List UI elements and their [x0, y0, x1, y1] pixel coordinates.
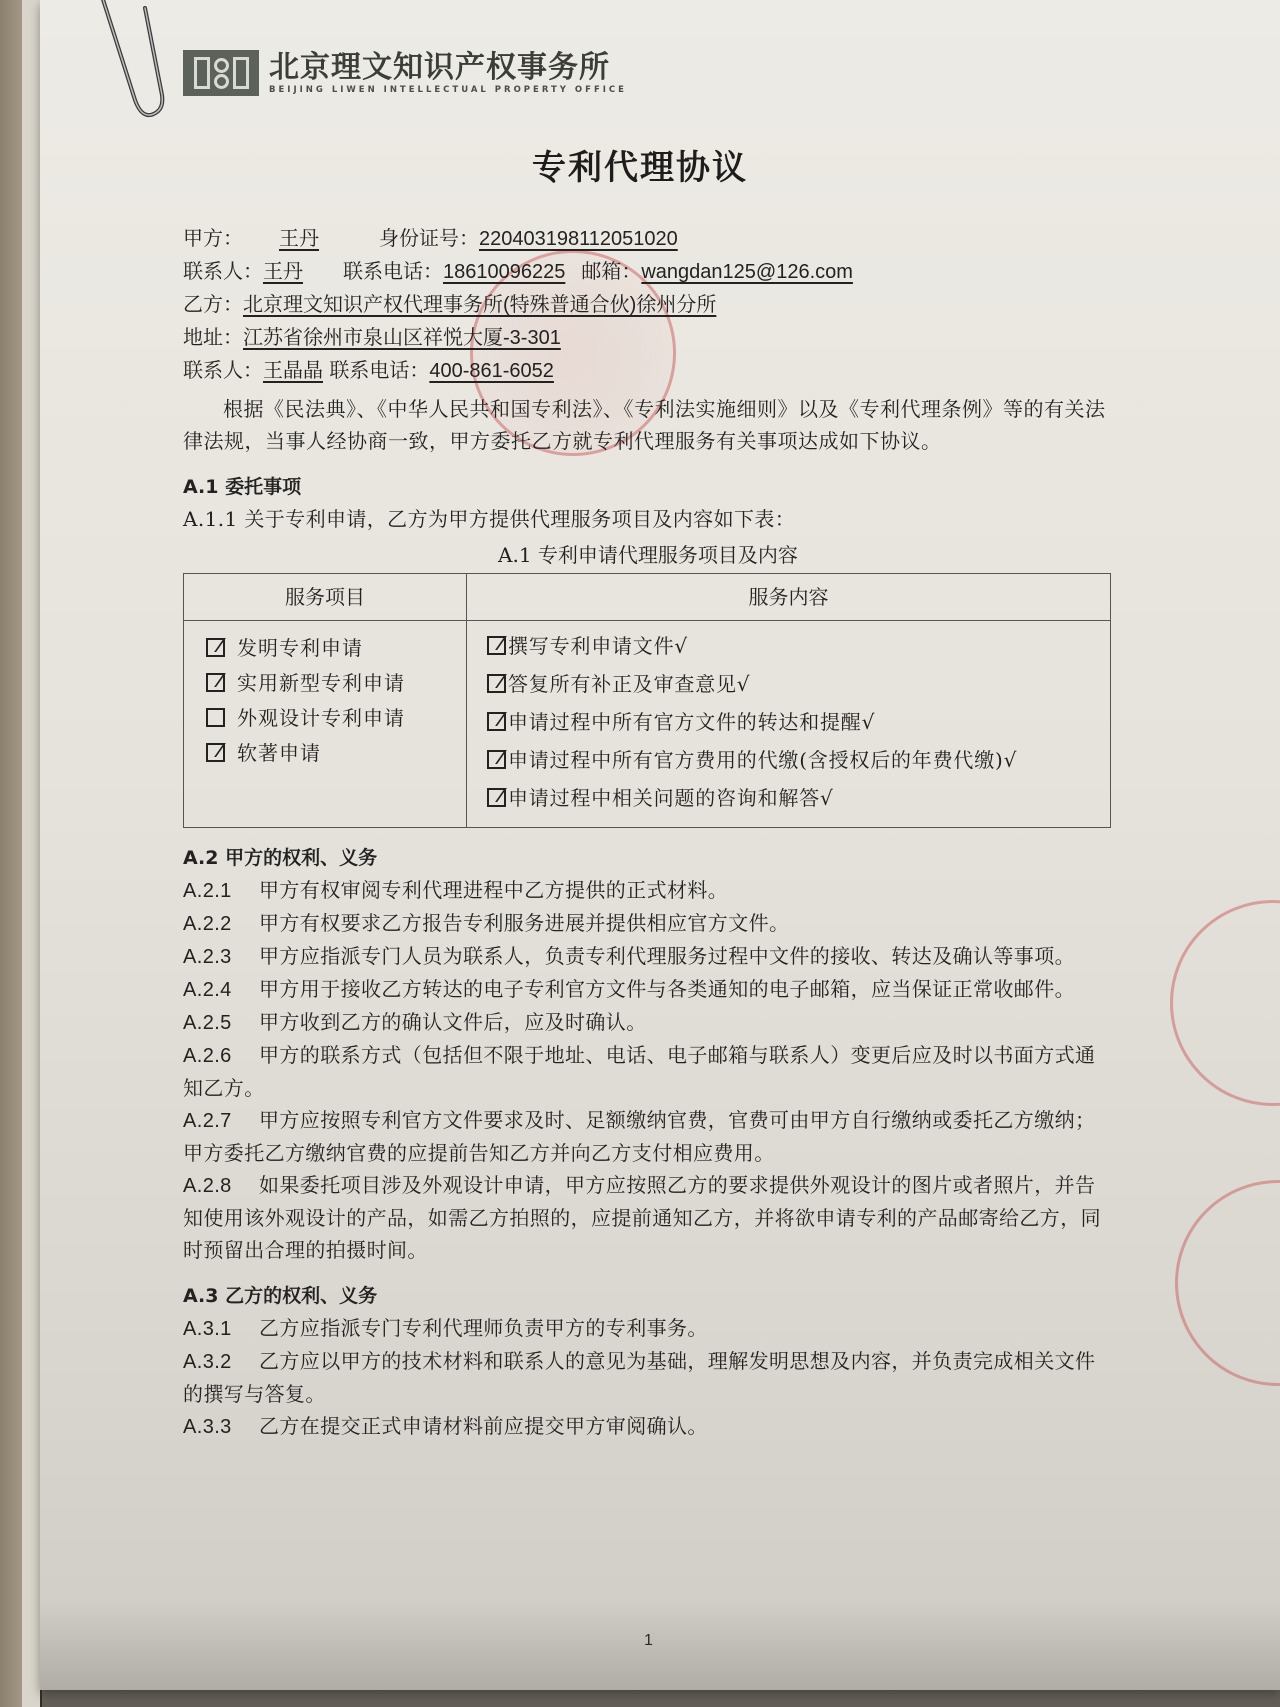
clause-number: A.3.3	[183, 1411, 259, 1443]
clause-text: 甲方应指派专门人员为联系人，负责专利代理服务过程中文件的接收、转达及确认等事项。	[259, 944, 1075, 968]
clause-number: A.2.5	[183, 1007, 259, 1039]
service-item: 外观设计专利申请	[206, 701, 466, 736]
party-a-label: 甲方：	[183, 226, 243, 250]
checkbox-icon[interactable]	[487, 674, 506, 693]
checkbox-icon[interactable]	[206, 743, 225, 762]
logo-english-name: BEIJING LIWEN INTELLECTUAL PROPERTY OFFI…	[269, 85, 627, 95]
party-a-name: 王丹	[279, 228, 319, 250]
service-table: 服务项目 服务内容 发明专利申请 实用新型专利申请 外观设计专利申请 软著申请 …	[183, 573, 1111, 828]
paperclip-icon	[95, 0, 165, 125]
clause-number: A.2.4	[183, 974, 259, 1006]
clause-text: 甲方用于接收乙方转达的电子专利官方文件与各类通知的电子邮箱，应当保证正常收邮件。	[259, 977, 1075, 1001]
service-content-item: 撰写专利申请文件√	[487, 627, 1110, 665]
checkbox-icon[interactable]	[206, 708, 225, 727]
id-label: 身份证号：	[379, 226, 479, 250]
address-label: 地址：	[183, 325, 243, 349]
id-number: 220403198112051020	[479, 228, 678, 250]
clause-item: A.2.7甲方应按照专利官方文件要求及时、足额缴纳官费，官费可由甲方自行缴纳或委…	[183, 1104, 1113, 1169]
clause-item: A.2.8如果委托项目涉及外观设计申请，甲方应按照乙方的要求提供外观设计的图片或…	[183, 1169, 1113, 1266]
service-content-item: 申请过程中相关问题的咨询和解答√	[487, 779, 1110, 817]
clause-item: A.2.5甲方收到乙方的确认文件后，应及时确认。	[183, 1006, 1113, 1039]
logo-mark-icon	[183, 50, 259, 96]
clause-number: A.2.3	[183, 941, 259, 973]
party-a-phone: 18610096225	[443, 261, 565, 283]
service-item: 软著申请	[206, 736, 466, 771]
checkbox-icon[interactable]	[487, 712, 506, 731]
party-b-phone: 400-861-6052	[429, 360, 554, 382]
clause-item: A.2.4甲方用于接收乙方转达的电子专利官方文件与各类通知的电子邮箱，应当保证正…	[183, 973, 1113, 1006]
party-b-contact-row: 联系人：王晶晶 联系电话：400-861-6052	[183, 354, 1113, 387]
section-a3-heading: A.3 乙方的权利、义务	[183, 1280, 1113, 1312]
clause-number: A.2.1	[183, 875, 259, 907]
clause-text: 乙方在提交正式申请材料前应提交甲方审阅确认。	[259, 1414, 708, 1438]
clause-item: A.3.1乙方应指派专门专利代理师负责甲方的专利事务。	[183, 1312, 1113, 1345]
clause-item: A.2.3甲方应指派专门人员为联系人，负责专利代理服务过程中文件的接收、转达及确…	[183, 940, 1113, 973]
clause-number: A.2.8	[183, 1170, 259, 1202]
clause-number: A.2.6	[183, 1040, 259, 1072]
email-label: 邮箱：	[581, 259, 641, 283]
document-title: 专利代理协议	[0, 140, 1280, 189]
clause-a1-1: A.1.1 关于专利申请，乙方为甲方提供代理服务项目及内容如下表：	[183, 503, 1113, 535]
document-body: 甲方：王丹身份证号：220403198112051020 联系人：王丹联系电话：…	[183, 222, 1113, 1443]
clause-item: A.2.2甲方有权要求乙方报告专利服务进展并提供相应官方文件。	[183, 907, 1113, 940]
clause-item: A.3.3乙方在提交正式申请材料前应提交甲方审阅确认。	[183, 1410, 1113, 1443]
party-b-phone-label: 联系电话：	[329, 358, 429, 382]
clause-number: A.2.2	[183, 908, 259, 940]
party-a-email: wangdan125@126.com	[641, 261, 853, 283]
clause-text: 甲方有权要求乙方报告专利服务进展并提供相应官方文件。	[259, 911, 789, 935]
checkbox-icon[interactable]	[206, 638, 225, 657]
clause-number: A.3.2	[183, 1346, 259, 1378]
party-b-row: 乙方：北京理文知识产权代理事务所(特殊普通合伙)徐州分所	[183, 288, 1113, 321]
clause-text: 乙方应指派专门专利代理师负责甲方的专利事务。	[259, 1316, 708, 1340]
phone-label: 联系电话：	[343, 259, 443, 283]
service-item: 实用新型专利申请	[206, 666, 466, 701]
party-b-contact-label: 联系人：	[183, 358, 263, 382]
clause-number: A.2.7	[183, 1105, 259, 1137]
party-b-address-row: 地址：江苏省徐州市泉山区祥悦大厦-3-301	[183, 321, 1113, 354]
party-b-contact-name: 王晶晶	[263, 360, 323, 382]
checkbox-icon[interactable]	[206, 673, 225, 692]
service-contents-cell: 撰写专利申请文件√ 答复所有补正及审查意见√ 申请过程中所有官方文件的转达和提醒…	[467, 621, 1111, 828]
checkbox-icon[interactable]	[487, 788, 506, 807]
party-a-row: 甲方：王丹身份证号：220403198112051020	[183, 222, 1113, 255]
clause-number: A.3.1	[183, 1313, 259, 1345]
clause-text: 如果委托项目涉及外观设计申请，甲方应按照乙方的要求提供外观设计的图片或者照片，并…	[183, 1173, 1101, 1262]
party-b-address: 江苏省徐州市泉山区祥悦大厦-3-301	[243, 327, 561, 349]
service-content-item: 申请过程中所有官方费用的代缴(含授权后的年费代缴)√	[487, 741, 1110, 779]
clause-item: A.2.6甲方的联系方式（包括但不限于地址、电话、电子邮箱与联系人）变更后应及时…	[183, 1039, 1113, 1104]
contact-label: 联系人：	[183, 259, 263, 283]
clause-text: 甲方应按照专利官方文件要求及时、足额缴纳官费，官费可由甲方自行缴纳或委托乙方缴纳…	[183, 1108, 1095, 1165]
party-a-contact-row: 联系人：王丹联系电话：18610096225邮箱：wangdan125@126.…	[183, 255, 1113, 288]
logo-chinese-name: 北京理文知识产权事务所	[269, 51, 627, 85]
party-b-name: 北京理文知识产权代理事务所(特殊普通合伙)徐州分所	[243, 294, 716, 316]
page-number: 1	[644, 1632, 653, 1650]
clause-text: 甲方收到乙方的确认文件后，应及时确认。	[259, 1010, 647, 1034]
clause-text: 甲方有权审阅专利代理进程中乙方提供的正式材料。	[259, 878, 728, 902]
party-a-contact-name: 王丹	[263, 261, 303, 283]
underlying-page-edge	[22, 0, 42, 1707]
service-content-item: 答复所有补正及审查意见√	[487, 665, 1110, 703]
section-a3-clauses: A.3.1乙方应指派专门专利代理师负责甲方的专利事务。A.3.2乙方应以甲方的技…	[183, 1312, 1113, 1443]
page-shadow	[40, 1600, 1280, 1707]
checkbox-icon[interactable]	[487, 750, 506, 769]
clause-text: 乙方应以甲方的技术材料和联系人的意见为基础，理解发明思想及内容，并负责完成相关文…	[183, 1349, 1095, 1406]
section-a2-heading: A.2 甲方的权利、义务	[183, 842, 1113, 874]
service-item: 发明专利申请	[206, 631, 466, 666]
clause-item: A.3.2乙方应以甲方的技术材料和联系人的意见为基础，理解发明思想及内容，并负责…	[183, 1345, 1113, 1410]
header-service-contents: 服务内容	[467, 574, 1111, 621]
service-items-cell: 发明专利申请 实用新型专利申请 外观设计专利申请 软著申请	[184, 621, 467, 828]
checkbox-icon[interactable]	[487, 636, 506, 655]
intro-paragraph: 根据《民法典》、《中华人民共和国专利法》、《专利法实施细则》以及《专利代理条例》…	[183, 393, 1113, 457]
table-caption: A.1 专利申请代理服务项目及内容	[183, 539, 1113, 571]
party-b-label: 乙方：	[183, 292, 243, 316]
section-a2-clauses: A.2.1甲方有权审阅专利代理进程中乙方提供的正式材料。A.2.2甲方有权要求乙…	[183, 874, 1113, 1266]
service-content-item: 申请过程中所有官方文件的转达和提醒√	[487, 703, 1110, 741]
clause-text: 甲方的联系方式（包括但不限于地址、电话、电子邮箱与联系人）变更后应及时以书面方式…	[183, 1043, 1095, 1100]
section-a1-heading: A.1 委托事项	[183, 471, 1113, 503]
clause-item: A.2.1甲方有权审阅专利代理进程中乙方提供的正式材料。	[183, 874, 1113, 907]
firm-logo: 北京理文知识产权事务所 BEIJING LIWEN INTELLECTUAL P…	[183, 50, 627, 96]
header-service-items: 服务项目	[184, 574, 467, 621]
